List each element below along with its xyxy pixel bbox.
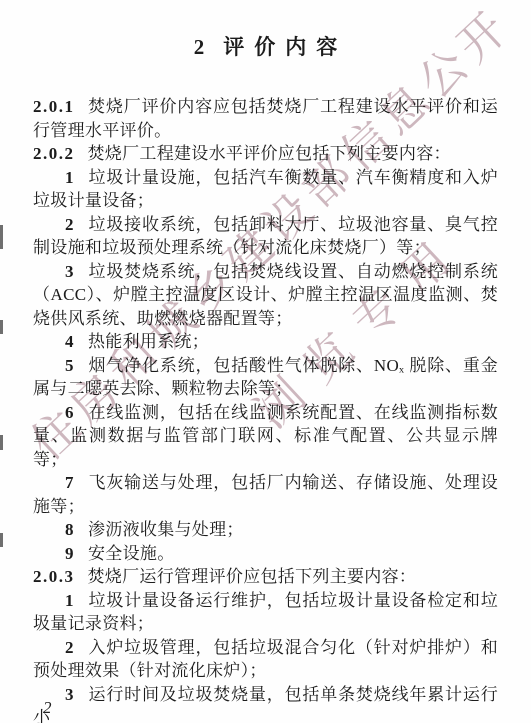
document-page: 住房和城乡建设部信息公开 浏览专用 2评价内容 2.0.1焚烧厂评价内容应包括焚… bbox=[0, 0, 531, 723]
clause-number: 2.0.1 bbox=[33, 97, 75, 116]
clause-text: 运行时间及垃圾焚烧量，包括单条焚烧线年累计运行小 bbox=[33, 685, 498, 723]
clause-number: 1 bbox=[65, 591, 75, 610]
paragraph: 2垃圾接收系统，包括卸料大厅、垃圾池容量、臭气控制设施和垃圾预处理系统（针对流化… bbox=[33, 213, 498, 260]
scan-artifact bbox=[0, 225, 3, 249]
paragraph: 9安全设施。 bbox=[33, 542, 498, 566]
paragraph: 1垃圾计量设施，包括汽车衡数量、汽车衡精度和入炉垃圾计量设备； bbox=[33, 166, 498, 213]
clause-number: 6 bbox=[65, 403, 75, 422]
paragraph: 2.0.3焚烧厂运行管理评价应包括下列主要内容： bbox=[33, 565, 498, 589]
paragraph: 1垃圾计量设备运行维护，包括垃圾计量设备检定和垃圾量记录资料； bbox=[33, 589, 498, 636]
clause-text: 在线监测，包括在线监测系统配置、在线监测指标数量、监测数据与监管部门联网、标准气… bbox=[33, 403, 498, 469]
clause-text: 入炉垃圾管理，包括垃圾混合匀化（针对炉排炉）和预处理效果（针对流化床炉）； bbox=[33, 638, 498, 681]
paragraph: 3运行时间及垃圾焚烧量，包括单条焚烧线年累计运行小 bbox=[33, 683, 498, 723]
clause-number: 8 bbox=[65, 520, 75, 539]
paragraph: 2.0.1焚烧厂评价内容应包括焚烧厂工程建设水平评价和运行管理水平评价。 bbox=[33, 95, 498, 142]
paragraph: 5烟气净化系统，包括酸性气体脱除、NOₓ 脱除、重金属与二噁英去除、颗粒物去除等… bbox=[33, 354, 498, 401]
document-body: 2.0.1焚烧厂评价内容应包括焚烧厂工程建设水平评价和运行管理水平评价。 2.0… bbox=[33, 95, 498, 723]
clause-text: 飞灰输送与处理，包括厂内输送、存储设施、处理设施等； bbox=[33, 473, 498, 516]
chapter-number: 2 bbox=[194, 35, 205, 59]
paragraph: 2入炉垃圾管理，包括垃圾混合匀化（针对炉排炉）和预处理效果（针对流化床炉）； bbox=[33, 636, 498, 683]
clause-number: 2.0.3 bbox=[33, 567, 75, 586]
clause-number: 3 bbox=[65, 262, 75, 281]
clause-text: 垃圾计量设备运行维护，包括垃圾计量设备检定和垃圾量记录资料； bbox=[33, 591, 498, 634]
clause-text: 垃圾计量设施，包括汽车衡数量、汽车衡精度和入炉垃圾计量设备； bbox=[33, 168, 498, 211]
paragraph: 4热能利用系统； bbox=[33, 330, 498, 354]
page-number: 2 bbox=[43, 698, 52, 718]
paragraph: 7飞灰输送与处理，包括厂内输送、存储设施、处理设施等； bbox=[33, 471, 498, 518]
clause-text: 焚烧厂工程建设水平评价应包括下列主要内容： bbox=[88, 144, 451, 163]
chapter-title: 2评价内容 bbox=[0, 33, 531, 61]
paragraph: 8渗沥液收集与处理； bbox=[33, 518, 498, 542]
clause-number: 2.0.2 bbox=[33, 144, 75, 163]
clause-number: 7 bbox=[65, 473, 75, 492]
clause-text: 垃圾焚烧系统，包括焚烧线设置、自动燃烧控制系统（ACC）、炉膛主控温度区设计、炉… bbox=[33, 262, 498, 328]
clause-text: 焚烧厂运行管理评价应包括下列主要内容： bbox=[88, 567, 417, 586]
scan-artifact bbox=[0, 435, 3, 450]
clause-text: 垃圾接收系统，包括卸料大厅、垃圾池容量、臭气控制设施和垃圾预处理系统（针对流化床… bbox=[33, 215, 498, 258]
paragraph: 6在线监测，包括在线监测系统配置、在线监测指标数量、监测数据与监管部门联网、标准… bbox=[33, 401, 498, 472]
clause-number: 1 bbox=[65, 168, 75, 187]
clause-number: 3 bbox=[65, 685, 75, 704]
clause-text: 安全设施。 bbox=[88, 544, 175, 563]
scan-artifact bbox=[0, 320, 3, 334]
paragraph: 2.0.2焚烧厂工程建设水平评价应包括下列主要内容： bbox=[33, 142, 498, 166]
clause-number: 5 bbox=[65, 356, 75, 375]
chapter-title-text: 评价内容 bbox=[223, 35, 347, 59]
clause-text: 烟气净化系统，包括酸性气体脱除、NOₓ 脱除、重金属与二噁英去除、颗粒物去除等； bbox=[33, 356, 498, 399]
clause-number: 2 bbox=[65, 638, 75, 657]
clause-number: 9 bbox=[65, 544, 75, 563]
scan-artifact bbox=[0, 533, 3, 547]
clause-number: 2 bbox=[65, 215, 75, 234]
clause-number: 4 bbox=[65, 332, 75, 351]
clause-text: 热能利用系统； bbox=[88, 332, 209, 351]
clause-text: 焚烧厂评价内容应包括焚烧厂工程建设水平评价和运行管理水平评价。 bbox=[33, 97, 498, 140]
paragraph: 3垃圾焚烧系统，包括焚烧线设置、自动燃烧控制系统（ACC）、炉膛主控温度区设计、… bbox=[33, 260, 498, 331]
clause-text: 渗沥液收集与处理； bbox=[88, 520, 244, 539]
